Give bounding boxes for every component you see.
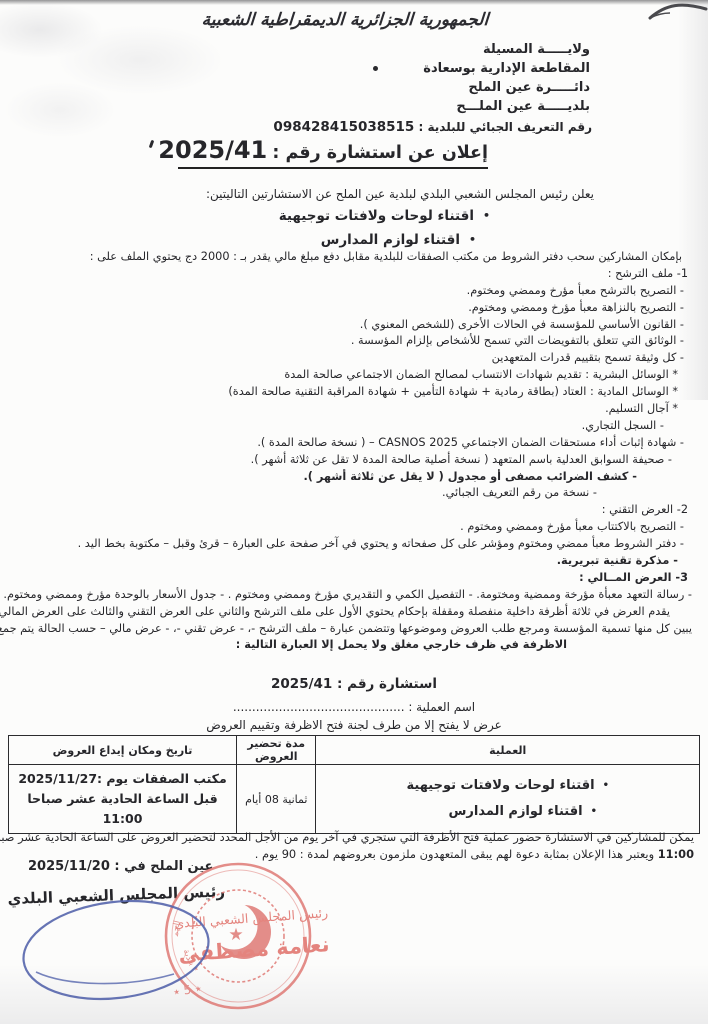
body-line: - كل وثيقة تسمح بتقييم قدرات المتعهدين xyxy=(10,350,692,367)
footer-line: يمكن للمشاركين في الاستشارة حضور عملية ف… xyxy=(10,829,694,846)
col-header-deposit: تاريخ ومكان إيداع العروض xyxy=(9,736,237,765)
body-line: - التصريح بالنزاهة معبأ مؤرخ وممضي ومختو… xyxy=(10,300,692,317)
offers-table: العملية مدة تحضير العروض تاريخ ومكان إيد… xyxy=(8,735,700,834)
operation-bullet: • اقتناء لوازم المدارس xyxy=(407,799,609,825)
operation-cell: • اقتناء لوحات ولافتات توجيهية • اقتناء … xyxy=(316,765,700,834)
svg-text:٭ بلدية عين الملح ٭: ٭ بلدية عين الملح ٭ xyxy=(6,854,201,974)
subject-label: اقتناء لوحات ولافتات توجيهية xyxy=(279,204,474,228)
official-round-stamp: ★ الجمهورية الجزائرية الديمقراطية الشعبي… xyxy=(6,854,310,1008)
republic-title: الجمهورية الجزائرية الديمقراطية الشعبية xyxy=(129,10,560,30)
body-line: - دفتر الشروط معبأ ممضي ومختوم ومؤشر على… xyxy=(10,536,692,553)
body-line: - مذكرة تقنية تبريرية. xyxy=(10,553,692,570)
body-line: * الوسائل المادية : العتاد (بطاقة رمادية… xyxy=(10,384,692,401)
body-line: - نسخة من رقم التعريف الجبائي. xyxy=(10,485,692,502)
consultation-subjects: • اقتناء لوحات ولافتات توجيهية • اقتناء … xyxy=(279,204,490,252)
body-line: الاظرفة في ظرف خارجي مغلق ولا يحمل إلا ا… xyxy=(10,637,692,654)
col-header-operation: العملية xyxy=(316,736,700,765)
body-line: بإمكان المشاركين سحب دفتر الشروط من مكتب… xyxy=(10,249,692,266)
body-line: - الوثائق التي تتعلق بالتفويضات التي تسم… xyxy=(10,333,692,350)
body-line: 3- العرض المــالي : xyxy=(10,570,692,587)
deposit-cell: مكتب الصفقات يوم :2025/11/27 قبل الساعة … xyxy=(9,765,237,834)
envelope-consultation-ref: استشارة رقم : 2025/41 xyxy=(0,676,708,692)
body-line: 2- العرض التقني : xyxy=(10,502,692,519)
body-line: يقدم العرض في ثلاثة أظرفة داخلية منفصلة … xyxy=(10,604,692,621)
deposit-line: قبل الساعة الحادية عشر صباحا 11:00 xyxy=(15,789,230,829)
operation-label: اقتناء لوازم المدارس xyxy=(448,799,582,825)
svg-text:الجمهورية الجزائرية الديمقراطي: الجمهورية الجزائرية الديمقراطية الشعبية xyxy=(6,854,183,937)
announcement-title: إعلان عن استشارة رقم : 2025/41 xyxy=(178,136,488,169)
pen-mark-icon xyxy=(648,0,708,26)
announcement-title-label: إعلان عن استشارة رقم : xyxy=(272,143,488,163)
footer-time: 11:00 xyxy=(658,847,694,861)
body-line: - صحيفة السوابق العدلية باسم المتعهد ( ن… xyxy=(10,452,692,469)
administrative-header-block: ولايـــــة المسيلة المقاطعة الإدارية بوس… xyxy=(423,40,590,116)
body-line: - التصريح بالاكتتاب معبأ مؤرخ وممضي ومخت… xyxy=(10,519,692,536)
bullet-icon: • xyxy=(591,799,597,825)
body-line: * الوسائل البشرية : تقديم شهادات الانتسا… xyxy=(10,367,692,384)
prep-duration-cell: ثمانية 08 أيام xyxy=(237,765,316,834)
bullet-icon: • xyxy=(483,204,490,228)
tax-id-label: رقم التعريف الجبائي للبلدية : xyxy=(419,120,592,134)
body-line: - كشف الضرائب مصفى أو مجدول ( لا يقل عن … xyxy=(10,469,692,486)
body-line: 1- ملف الترشح : xyxy=(10,266,692,283)
body-text-block: بإمكان المشاركين سحب دفتر الشروط من مكتب… xyxy=(10,249,692,654)
col-header-prep-duration: مدة تحضير العروض xyxy=(237,736,316,765)
table-row: • اقتناء لوحات ولافتات توجيهية • اقتناء … xyxy=(9,765,700,834)
body-line: - شهادة إثبات أداء مستحقات الضمان الاجتم… xyxy=(10,435,692,452)
sealed-offer-note: عرض لا يفتح إلا من طرف لجنة فتح الاظرفة … xyxy=(0,718,708,732)
body-line: - رسالة التعهد معبأة مؤرخة وممضية ومختوم… xyxy=(10,587,692,604)
body-line: * آجال التسليم. xyxy=(10,401,692,418)
body-line: - السجل التجاري. xyxy=(10,418,692,435)
bullet-icon: • xyxy=(603,773,609,799)
tax-id-value: 098428415038515 xyxy=(273,119,414,135)
announcement-number: 2025/41 xyxy=(158,136,267,164)
scan-artifact-topleft xyxy=(0,0,340,200)
deposit-line: مكتب الصفقات يوم :2025/11/27 xyxy=(15,769,230,789)
ink-mark-artifact xyxy=(149,140,155,149)
operation-bullet: • اقتناء لوحات ولافتات توجيهية xyxy=(407,773,609,799)
body-line: يبين كل منها تسمية المؤسسة ومرجع طلب الع… xyxy=(10,621,692,638)
scanned-announcement-document: الجمهورية الجزائرية الديمقراطية الشعبية … xyxy=(0,0,708,1024)
scan-artifact-top-edge xyxy=(0,0,708,5)
stamps-group: ★ الجمهورية الجزائرية الديمقراطية الشعبي… xyxy=(6,854,351,1024)
district-line: المقاطعة الإدارية بوسعادة xyxy=(423,59,590,78)
intro-line: يعلن رئيس المجلس الشعبي البلدي لبلدية عي… xyxy=(206,187,594,201)
daira-line: دائـــــرة عين الملح xyxy=(423,78,590,97)
body-line: - التصريح بالترشح معبأ مؤرخ وممضي ومختوم… xyxy=(10,283,692,300)
body-line: - القانون الأساسي للمؤسسة في الحالات الأ… xyxy=(10,317,692,334)
commune-line: بلديـــــة عين الملـــح xyxy=(423,97,590,116)
subject-item: • اقتناء لوحات ولافتات توجيهية xyxy=(279,204,490,228)
operation-name-line: اسم العملية : ..........................… xyxy=(0,700,708,714)
wilaya-line: ولايـــــة المسيلة xyxy=(423,40,590,59)
operation-label: اقتناء لوحات ولافتات توجيهية xyxy=(407,773,595,799)
ink-dot-artifact xyxy=(373,66,378,71)
tax-id-line: رقم التعريف الجبائي للبلدية : 0984284150… xyxy=(273,119,592,135)
